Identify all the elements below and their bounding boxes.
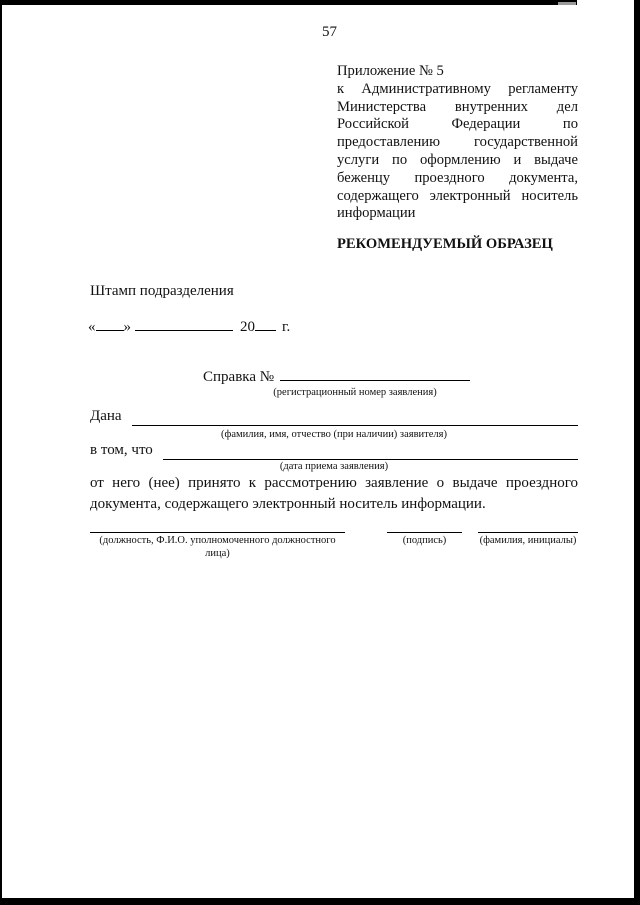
in-that-label: в том, что <box>90 442 163 461</box>
appendix-line: Приложение № 5 <box>337 63 578 81</box>
scan-frame-bottom <box>0 898 640 905</box>
day-blank <box>96 316 124 331</box>
application-date-caption: (дата приема заявления) <box>90 461 578 474</box>
in-that-row: в том, что <box>90 442 578 461</box>
appendix-line: информации <box>337 205 578 223</box>
appendix-line: услуги по оформлению и выдаче <box>337 152 578 170</box>
body-paragraph: от него (нее) принято к рассмотрению зая… <box>90 473 578 514</box>
scan-frame-top-fade <box>558 2 576 5</box>
year-century-prefix: 20 <box>240 319 255 335</box>
appendix-line: беженцу проездного документа, <box>337 170 578 188</box>
open-guillemet: « <box>88 319 96 335</box>
appendix-reference-block: Приложение № 5 к Административному регла… <box>337 63 578 223</box>
appendix-line: содержащего электронный носитель <box>337 188 578 206</box>
issued-to-row: Дана <box>90 408 578 427</box>
issued-to-label: Дана <box>90 408 132 427</box>
body-line: от него (нее) принято к рассмотрению зая… <box>90 473 578 494</box>
recommended-sample-heading: РЕКОМЕНДУЕМЫЙ ОБРАЗЕЦ <box>337 236 553 253</box>
appendix-line: к Административному регламенту <box>337 81 578 99</box>
appendix-line: Российской Федерации по <box>337 116 578 134</box>
year-suffix: г. <box>282 319 290 335</box>
scanned-document-page: 57 Приложение № 5 к Административному ре… <box>0 0 640 905</box>
registration-number-caption: (регистрационный номер заявления) <box>255 387 455 400</box>
applicant-name-caption: (фамилия, имя, отчество (при наличии) за… <box>90 429 578 442</box>
application-date-blank <box>163 442 578 460</box>
certificate-number-blank <box>280 366 470 381</box>
certificate-number-label: Справка № <box>203 369 274 385</box>
official-position-signature-line: (должность, Ф.И.О. уполномоченного должн… <box>90 532 345 560</box>
appendix-line: предоставлению государственной <box>337 134 578 152</box>
body-line: документа, содержащего электронный носит… <box>90 494 578 515</box>
scan-frame-top <box>0 0 577 5</box>
issued-to-blank <box>132 408 578 426</box>
page-number: 57 <box>322 24 337 41</box>
signature-block: (должность, Ф.И.О. уполномоченного должн… <box>90 532 578 577</box>
year-blank <box>255 316 276 331</box>
close-guillemet: » <box>124 319 132 335</box>
scan-frame-left <box>0 0 2 905</box>
surname-initials-line: (фамилия, инициалы) <box>478 532 578 548</box>
unit-stamp-label: Штамп подразделения <box>90 283 234 300</box>
appendix-line: Министерства внутренних дел <box>337 99 578 117</box>
scan-frame-right <box>634 0 640 905</box>
month-blank <box>135 316 233 331</box>
date-line: «»20г. <box>88 316 290 336</box>
certificate-number-row: Справка № <box>203 366 470 386</box>
signature-line: (подпись) <box>387 532 462 548</box>
